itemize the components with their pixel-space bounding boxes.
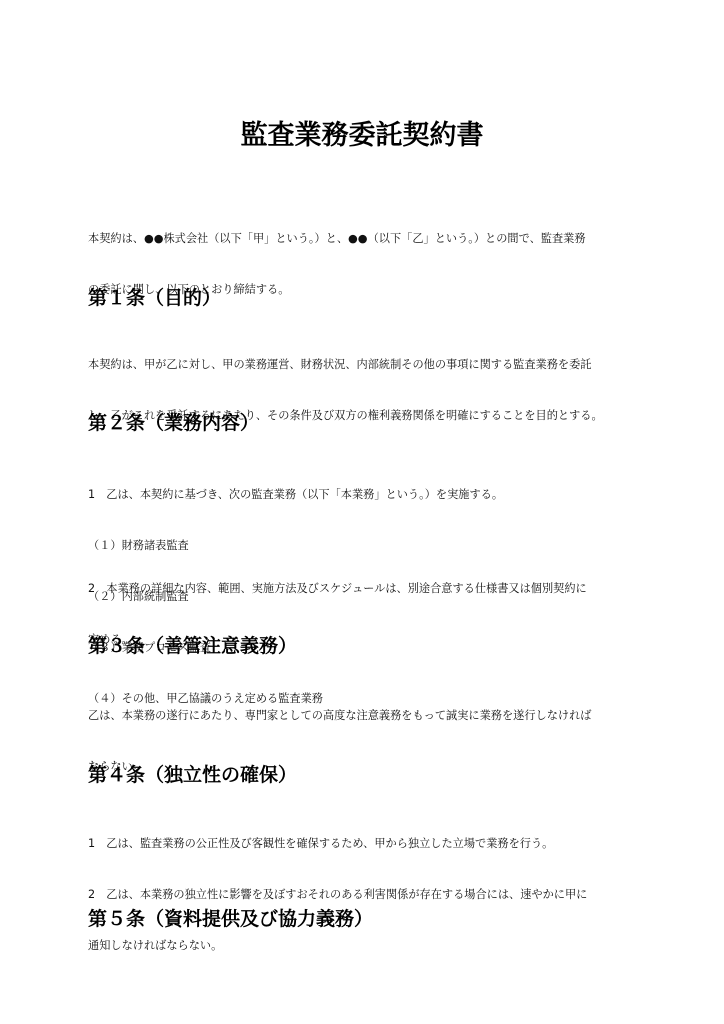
preamble-line: 本契約は、●●株式会社（以下「甲」という。）と、●●（以下「乙」という。）との間…: [88, 230, 648, 247]
article-1-line: 本契約は、甲が乙に対し、甲の業務運営、財務状況、内部統制その他の事項に関する監査…: [88, 356, 648, 373]
article-2-clause-2: 2 本業務の詳細な内容、範囲、実施方法及びスケジュールは、別途合意する仕様書又は…: [88, 546, 648, 682]
article-4-clause-2: 2 乙は、本業務の独立性に影響を及ぼすおそれのある利害関係が存在する場合には、速…: [88, 886, 648, 903]
article-4-clause-2-cont: 通知しなければならない。: [88, 937, 648, 954]
article-2-clause-2-line: 2 本業務の詳細な内容、範囲、実施方法及びスケジュールは、別途合意する仕様書又は…: [88, 580, 648, 597]
article-3-line: 乙は、本業務の遂行にあたり、専門家としての高度な注意義務をもって誠実に業務を遂行…: [88, 707, 648, 724]
article-3-heading: 第３条（善管注意義務）: [88, 633, 648, 659]
article-1-heading: 第１条（目的）: [88, 285, 648, 311]
document-title: 監査業務委託契約書: [0, 118, 724, 154]
article-3-body: 乙は、本業務の遂行にあたり、専門家としての高度な注意義務をもって誠実に業務を遂行…: [88, 673, 648, 809]
article-2-heading: 第２条（業務内容）: [88, 410, 648, 436]
article-1-body: 本契約は、甲が乙に対し、甲の業務運営、財務状況、内部統制その他の事項に関する監査…: [88, 322, 648, 458]
article-5-heading: 第５条（資料提供及び協力義務）: [88, 906, 648, 932]
article-4-clause-1: 1 乙は、監査業務の公正性及び客観性を確保するため、甲から独立した立場で業務を行…: [88, 835, 648, 852]
article-4-body: 1 乙は、監査業務の公正性及び客観性を確保するため、甲から独立した立場で業務を行…: [88, 801, 648, 988]
article-4-heading: 第４条（独立性の確保）: [88, 762, 648, 788]
article-2-clause-1-text: 1 乙は、本契約に基づき、次の監査業務（以下「本業務」という。）を実施する。: [88, 486, 648, 503]
preamble: 本契約は、●●株式会社（以下「甲」という。）と、●●（以下「乙」という。）との間…: [88, 196, 648, 332]
document-page: 監査業務委託契約書 本契約は、●●株式会社（以下「甲」という。）と、●●（以下「…: [0, 0, 724, 1024]
